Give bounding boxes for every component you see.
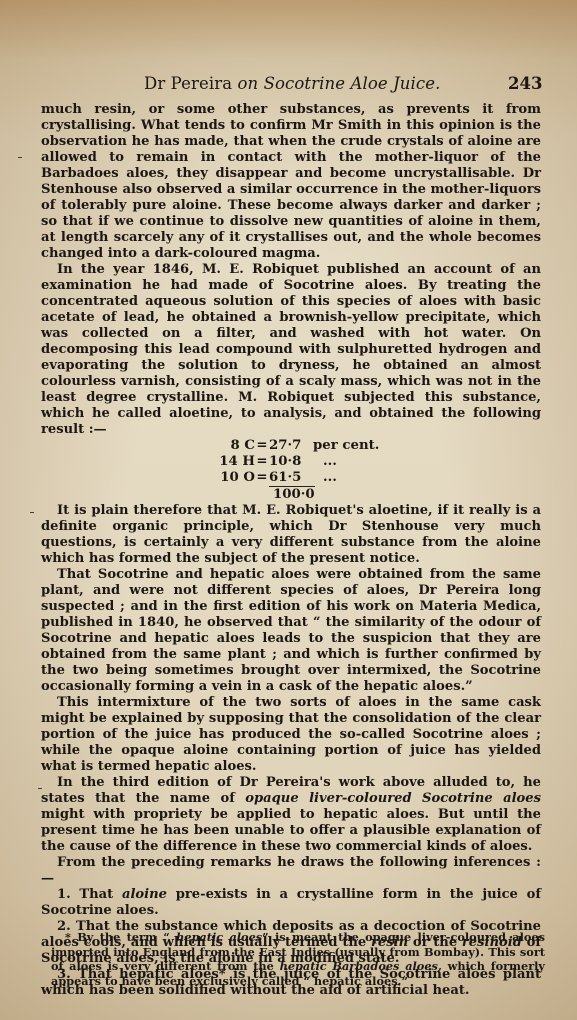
formula-element: 8 C bbox=[213, 438, 255, 454]
footnote: * By the term “ hepatic aloes” is meant … bbox=[51, 930, 545, 988]
footnote-italic: hepatic aloes bbox=[176, 930, 262, 944]
formula-equals: = bbox=[255, 454, 269, 470]
footnote-marker: * bbox=[65, 930, 77, 944]
page-number: 243 bbox=[508, 74, 542, 93]
formula-equals: = bbox=[255, 470, 269, 486]
margin-mark bbox=[18, 157, 22, 158]
running-title-prefix: Dr Pereira bbox=[144, 74, 238, 93]
inference-italic: aloine bbox=[122, 887, 167, 902]
formula-row-oxygen: 10 O = 61·5 ... bbox=[213, 470, 541, 486]
formula-unit: ... bbox=[309, 454, 337, 470]
third-edition-italic: opaque liver-coloured Socotrine aloes bbox=[245, 791, 541, 806]
footnote-text: * By the term “ hepatic aloes” is meant … bbox=[51, 930, 545, 988]
formula-value: 61·5 bbox=[269, 470, 309, 486]
third-edition-text: might with propriety be applied to hepat… bbox=[41, 807, 541, 854]
formula-row-carbon: 8 C = 27·7 per cent. bbox=[213, 438, 541, 454]
paragraph-aloetine: It is plain therefore that M. E. Robique… bbox=[41, 503, 541, 567]
formula-equals: = bbox=[255, 438, 269, 454]
running-title: Dr Pereira on Socotrine Aloe Juice. bbox=[144, 74, 440, 93]
inference-text: That bbox=[71, 887, 122, 902]
formula-element: 14 H bbox=[213, 454, 255, 470]
paragraph-inferences-intro: From the preceding remarks he draws the … bbox=[41, 855, 541, 887]
paragraph-socotrine-hepatic: That Socotrine and hepatic aloes were ob… bbox=[41, 567, 541, 695]
formula-total: 100·0 bbox=[213, 487, 541, 503]
body-text: much resin, or some other substances, as… bbox=[41, 102, 541, 999]
margin-mark bbox=[30, 512, 34, 513]
paragraph-intermixture: This intermixture of the two sorts of al… bbox=[41, 695, 541, 775]
formula-value: 27·7 bbox=[269, 438, 309, 454]
formula-unit: ... bbox=[309, 470, 337, 486]
inference-number: 1. bbox=[57, 887, 71, 902]
paragraph-continuation: much resin, or some other substances, as… bbox=[41, 102, 541, 262]
footnote-italic: hepatic Barbadoes aloes, bbox=[280, 959, 442, 973]
inference-1: 1. That aloine pre-exists in a crystalli… bbox=[41, 887, 541, 919]
footnote-segment: By the term “ bbox=[77, 930, 176, 944]
analysis-formula: 8 C = 27·7 per cent. 14 H = 10·8 ... 10 … bbox=[41, 438, 541, 503]
formula-unit: per cent. bbox=[309, 438, 379, 454]
book-page: Dr Pereira on Socotrine Aloe Juice. 243 … bbox=[0, 0, 577, 1020]
formula-element: 10 O bbox=[213, 470, 255, 486]
formula-row-hydrogen: 14 H = 10·8 ... bbox=[213, 454, 541, 470]
paragraph-robiquet: In the year 1846, M. E. Robiquet publish… bbox=[41, 262, 541, 438]
page-header: Dr Pereira on Socotrine Aloe Juice. 243 bbox=[0, 74, 577, 96]
formula-value: 10·8 bbox=[269, 454, 309, 470]
running-title-italic: on Socotrine Aloe Juice. bbox=[238, 74, 441, 93]
paragraph-third-edition: In the third edition of Dr Pereira's wor… bbox=[41, 775, 541, 855]
